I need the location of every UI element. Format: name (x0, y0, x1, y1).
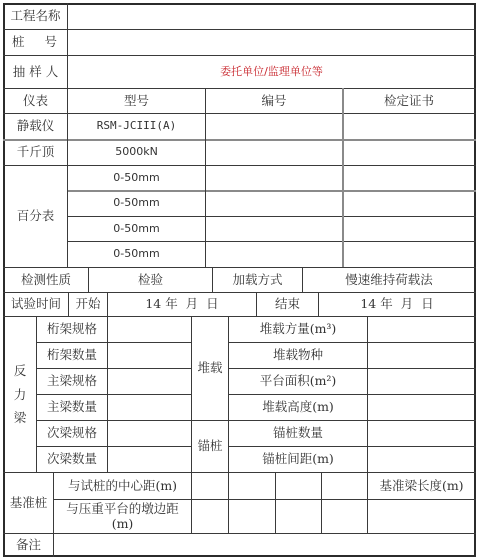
truss-count-field[interactable] (108, 343, 191, 368)
dial-gauge-certificate-field[interactable] (343, 242, 475, 267)
grid-line (302, 267, 303, 292)
certificate-column-header: 检定证书 (343, 89, 475, 113)
grid-line (107, 316, 108, 472)
grid-line (3, 165, 476, 166)
project-name-label-text: 工程名称 (10, 9, 60, 23)
secondary-beam-count-label: 次梁数量 (37, 447, 107, 472)
center-distance-field-2[interactable] (229, 473, 275, 499)
dial-gauge-model-field[interactable]: 0-50mm (68, 242, 205, 267)
end-label: 结束 (257, 293, 318, 316)
sampler-label-text: 抽 样 人 (13, 65, 58, 79)
remarks-field[interactable] (54, 534, 475, 556)
sampler-hint-text: 委托单位/监理单位等 (220, 66, 323, 79)
stack-volume-field[interactable] (368, 317, 475, 342)
stacking-load-label: 堆载 (192, 317, 228, 420)
dial-gauge-model-field[interactable]: 0-50mm (68, 217, 205, 241)
number-column-header: 编号 (206, 89, 342, 113)
center-distance-field-1[interactable] (192, 473, 228, 499)
test-nature-label: 检测性质 (4, 268, 88, 292)
stack-material-label: 堆载物种 (229, 343, 367, 368)
reference-beam-length-label: 基准梁长度(m) (368, 473, 475, 499)
grid-line (107, 292, 108, 316)
grid-line (342, 88, 344, 267)
grid-line (67, 216, 476, 217)
grid-line (36, 342, 191, 343)
instrument-name: 静载仪 (4, 114, 67, 139)
grid-line (36, 368, 191, 369)
edge-distance-field-1[interactable] (192, 500, 228, 533)
instrument-name: 千斤顶 (4, 140, 67, 165)
grid-line (228, 316, 229, 533)
pile-no-field[interactable] (68, 30, 475, 55)
dial-gauge-number-field[interactable] (206, 217, 342, 241)
pile-no-label: 桩 号 (4, 30, 67, 55)
grid-line (3, 113, 476, 114)
secondary-beam-spec-field[interactable] (108, 421, 191, 446)
project-name-label: 工程名称 (4, 4, 67, 29)
test-time-label: 试验时间 (4, 293, 68, 316)
truss-spec-field[interactable] (108, 317, 191, 342)
grid-line (228, 342, 476, 343)
secondary-beam-count-field[interactable] (108, 447, 191, 472)
grid-line (67, 3, 68, 267)
grid-line (275, 472, 276, 533)
sampler-label: 抽 样 人 (4, 56, 67, 88)
grid-line (3, 316, 476, 317)
grid-line (256, 292, 257, 316)
grid-line (321, 472, 322, 533)
grid-line (67, 190, 476, 192)
grid-line (318, 292, 319, 316)
instrument-column-header: 仪表 (4, 89, 67, 113)
secondary-beam-spec-label: 次梁规格 (37, 421, 107, 446)
grid-line (228, 394, 476, 395)
center-distance-field-4[interactable] (322, 473, 367, 499)
edge-distance-field-2[interactable] (229, 500, 275, 533)
grid-line (367, 316, 368, 533)
grid-line (191, 316, 192, 533)
dial-gauge-number-field[interactable] (206, 191, 342, 216)
center-distance-field-3[interactable] (276, 473, 321, 499)
reaction-beam-char: 反 (14, 359, 27, 383)
grid-line (3, 29, 476, 30)
grid-line (36, 446, 191, 447)
grid-line (212, 267, 213, 292)
truss-spec-label: 桁架规格 (37, 317, 107, 342)
grid-line (228, 446, 476, 447)
stack-material-field[interactable] (368, 343, 475, 368)
instrument-certificate-field[interactable] (343, 114, 475, 139)
end-date-field[interactable]: 14 年 月 日 (319, 293, 475, 316)
pile-no-label-part1: 桩 (12, 35, 25, 49)
grid-line (3, 139, 476, 141)
reference-pile-label: 基准桩 (4, 473, 53, 533)
instrument-model-field[interactable]: RSM-JCIII(A) (68, 114, 205, 139)
grid-line (3, 292, 476, 293)
platform-area-label: 平台面积(m²) (229, 369, 367, 394)
project-name-field[interactable] (68, 4, 475, 29)
start-date-field[interactable]: 14 年 月 日 (108, 293, 256, 316)
main-beam-count-label: 主梁数量 (37, 395, 107, 420)
reaction-beam-char: 力 (14, 383, 27, 407)
dial-gauge-number-field[interactable] (206, 242, 342, 267)
dial-gauge-number-field[interactable] (206, 166, 342, 190)
dial-gauge-certificate-field[interactable] (343, 217, 475, 241)
grid-line (205, 88, 206, 267)
grid-line (88, 267, 89, 292)
instrument-certificate-field[interactable] (343, 140, 475, 165)
grid-line (36, 420, 476, 421)
loading-method-label: 加载方式 (213, 268, 302, 292)
grid-line (53, 499, 476, 500)
stack-volume-label: 堆载方量(m³) (229, 317, 367, 342)
edge-distance-field-4[interactable] (322, 500, 367, 533)
dial-gauge-certificate-field[interactable] (343, 166, 475, 190)
grid-line (36, 316, 37, 472)
dial-gauge-label: 百分表 (4, 166, 67, 267)
truss-count-label: 桁架数量 (37, 343, 107, 368)
start-label: 开始 (69, 293, 107, 316)
anchor-pile-label: 锚桩 (192, 421, 228, 472)
instrument-number-field[interactable] (206, 114, 342, 139)
anchor-count-label: 锚桩数量 (229, 421, 367, 446)
sampler-field[interactable]: 委托单位/监理单位等 (68, 56, 475, 88)
grid-line (3, 533, 476, 534)
model-column-header: 型号 (68, 89, 205, 113)
dial-gauge-model-field[interactable]: 0-50mm (68, 191, 205, 216)
pile-no-label-part2: 号 (44, 35, 57, 49)
instrument-number-field[interactable] (206, 140, 342, 165)
anchor-count-field[interactable] (368, 421, 475, 446)
grid-line (3, 88, 476, 89)
main-beam-spec-field[interactable] (108, 369, 191, 394)
platform-area-field[interactable] (368, 369, 475, 394)
reference-beam-length-field[interactable] (368, 500, 475, 533)
reaction-beam-char: 梁 (14, 406, 27, 430)
grid-line (67, 241, 476, 242)
stack-height-field[interactable] (368, 395, 475, 420)
reaction-beam-label: 反 力 梁 (4, 317, 36, 472)
grid-line (3, 472, 476, 473)
test-nature-field[interactable]: 检验 (89, 268, 212, 292)
main-beam-count-field[interactable] (108, 395, 191, 420)
center-distance-label: 与试桩的中心距(m) (54, 473, 191, 499)
instrument-model-field[interactable]: 5000kN (68, 140, 205, 165)
grid-line (228, 368, 476, 369)
grid-line (36, 394, 191, 395)
grid-line (3, 55, 476, 56)
loading-method-field[interactable]: 慢速维持荷载法 (303, 268, 475, 292)
edge-distance-field-3[interactable] (276, 500, 321, 533)
grid-line (3, 267, 476, 268)
dial-gauge-certificate-field[interactable] (343, 191, 475, 216)
anchor-spacing-field[interactable] (368, 447, 475, 472)
remarks-label: 备注 (4, 534, 53, 556)
main-beam-spec-label: 主梁规格 (37, 369, 107, 394)
grid-line (68, 292, 69, 316)
anchor-spacing-label: 锚桩间距(m) (229, 447, 367, 472)
platform-edge-distance-label: 与压重平台的墩边距(m) (54, 500, 191, 533)
grid-line (53, 472, 54, 557)
stack-height-label: 堆载高度(m) (229, 395, 367, 420)
dial-gauge-model-field[interactable]: 0-50mm (68, 166, 205, 190)
